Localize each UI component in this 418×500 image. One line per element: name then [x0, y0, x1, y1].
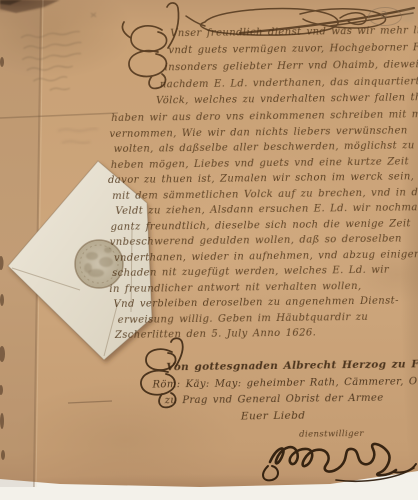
watermark-blur-mark — [402, 9, 415, 22]
watermark-letter: a — [366, 7, 402, 21]
drop-cap-top-icon — [122, 3, 178, 88]
signature-scrawl — [263, 444, 416, 481]
drop-cap-bottom-icon — [141, 338, 183, 407]
ink-flourishes — [0, 0, 418, 500]
watermark-circle-a: a — [366, 5, 406, 29]
letter-scan: Vnser freundlich dienst vnd was wir mehr… — [0, 0, 418, 500]
